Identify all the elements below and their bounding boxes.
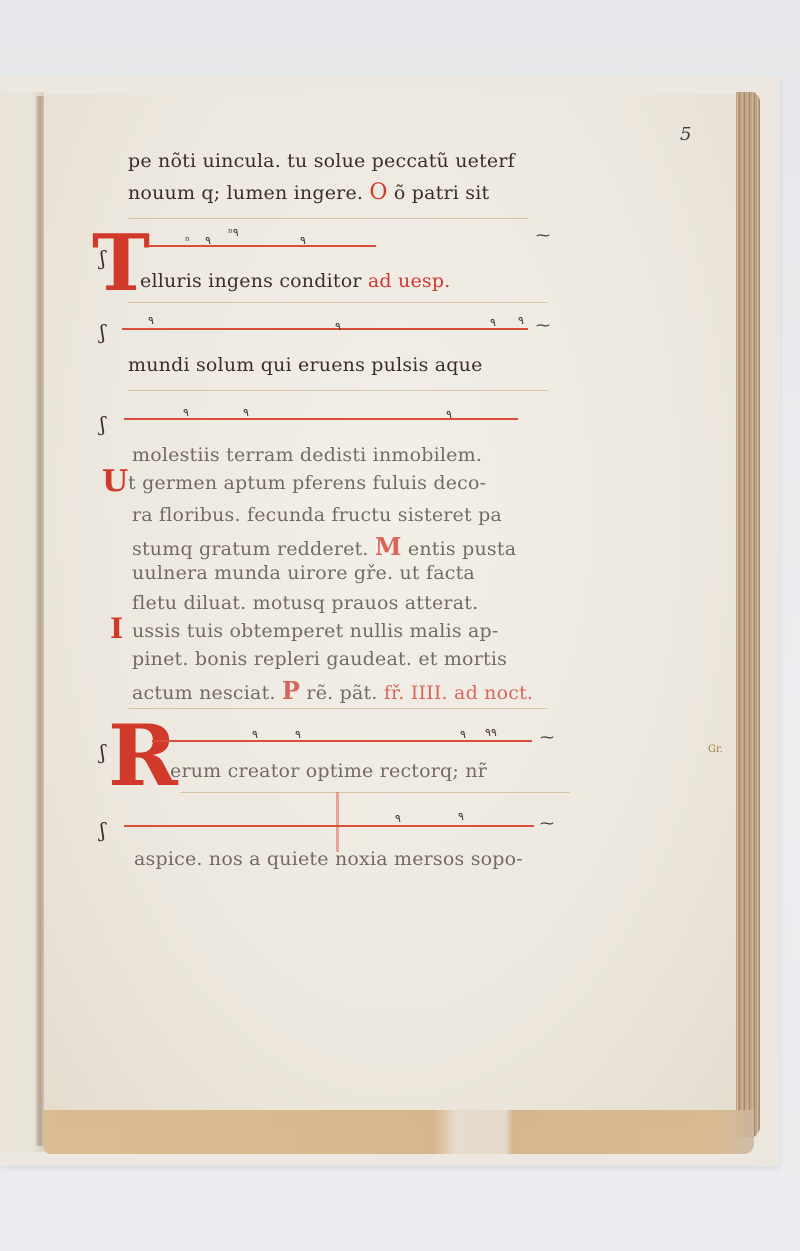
neume: ٩	[460, 728, 466, 741]
neume: ٩	[518, 314, 524, 327]
text-line-6: t germen aptum pferens fuluis deco-	[128, 472, 486, 494]
text-line-10: fletu diluat. motusq prauos atterat.	[132, 592, 478, 614]
custos-mark: ⁓	[536, 228, 550, 244]
clef-mark: ʃ	[100, 320, 105, 344]
clef-mark: ʃ	[100, 246, 105, 270]
neume: ٩	[446, 408, 452, 421]
bottom-edge-stain	[44, 1110, 754, 1154]
neume: ٩	[458, 810, 464, 823]
text-line-8: stumq gratum redderet. M entis pusta	[132, 532, 516, 561]
neume: ٩	[148, 314, 154, 327]
custos-mark: ⁓	[540, 816, 554, 832]
rubric-initial-p: P	[282, 676, 300, 705]
text-line-4: mundi solum qui eruens pulsis aque	[128, 354, 483, 376]
neume: ٩٩	[485, 726, 497, 739]
clef-mark: ʃ	[100, 412, 105, 436]
text-line-11: ussis tuis obtemperet nullis malis ap-	[132, 620, 499, 642]
custos-mark: ⁓	[536, 318, 550, 334]
neume: ٩	[335, 320, 341, 333]
red-staff-line	[122, 328, 528, 330]
text-line-14: erum creator optime rectorq; nr̃	[170, 760, 487, 782]
ruling-line	[128, 218, 528, 219]
text-line-12: pinet. bonis repleri gaudeat. et mortis	[132, 648, 507, 670]
red-staff-line	[148, 245, 376, 247]
neume: ٩	[300, 234, 306, 247]
rubric-ad-uesp: ad uesp.	[368, 270, 451, 292]
neume: ٩	[395, 812, 401, 825]
text-after: entis pusta	[408, 538, 516, 560]
text: nouum q; lumen ingere.	[128, 182, 363, 204]
red-ink-drip	[336, 792, 339, 852]
ruling-line	[128, 708, 548, 709]
text-line-1: pe nõti uincula. tu solue peccatũ ueterf	[128, 150, 515, 172]
ruling-line	[180, 792, 570, 793]
clef-mark: ʃ	[100, 818, 105, 842]
text-after: rẽ. pãt.	[306, 682, 377, 704]
text-line-13: actum nesciat. P rẽ. pãt. fř. IIII. ad n…	[132, 676, 533, 705]
neume: ٩	[243, 406, 249, 419]
text: stumq gratum redderet.	[132, 538, 369, 560]
page-fore-edges-inner	[736, 92, 760, 1137]
red-staff-line	[152, 740, 532, 742]
text-line-15: aspice. nos a quiete noxia mersos sopo-	[134, 848, 523, 870]
rubric-initial-m: M	[375, 532, 402, 561]
rubric-initial-o: O	[369, 180, 387, 205]
rubric-initial-u: U	[102, 464, 128, 499]
neume: ٩	[205, 234, 211, 247]
ruling-line	[128, 302, 548, 303]
text-line-5: molestiis terram dedisti inmobilem.	[132, 444, 482, 466]
custos-mark: ⁓	[540, 730, 554, 746]
text-line-7: ra floribus. fecunda fructu sisteret pa	[132, 504, 502, 526]
red-staff-line	[124, 825, 534, 827]
neume: ٩	[295, 728, 301, 741]
ruling-line	[128, 390, 548, 391]
clef-mark: ʃ	[100, 740, 105, 764]
neume: ٩	[183, 406, 189, 419]
text: actum nesciat.	[132, 682, 276, 704]
folio-number: 5	[680, 124, 691, 145]
rubric-initial-i: I	[110, 612, 123, 645]
book-gutter	[36, 96, 44, 1146]
text-after: õ patri sit	[394, 182, 489, 204]
neume: ٩	[252, 728, 258, 741]
text-line-2: nouum q; lumen ingere. O õ patri sit	[128, 180, 489, 205]
decorated-initial-r: R	[108, 706, 178, 805]
neume: ٩	[490, 316, 496, 329]
text: elluris ingens conditor	[140, 270, 362, 292]
neume: ⁿ	[185, 234, 190, 247]
rubric-feria-iiii: fř. IIII. ad noct.	[384, 682, 533, 704]
margin-note: Gr.	[708, 744, 723, 755]
text-line-9: uulnera munda uirore gře. ut facta	[132, 562, 475, 584]
neume: ⁿ٩	[228, 226, 239, 239]
text-line-3: elluris ingens conditor ad uesp.	[140, 270, 450, 292]
